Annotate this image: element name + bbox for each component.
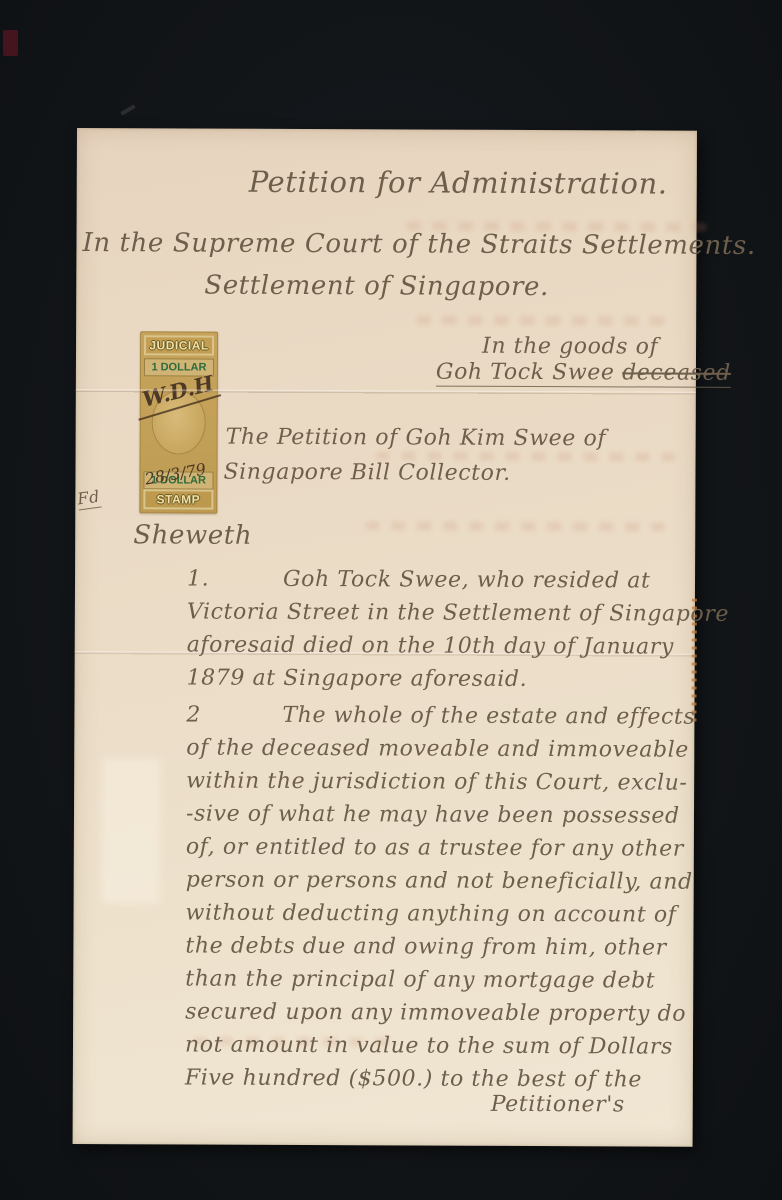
document-title: Petition for Administration. [249, 165, 668, 201]
deceased-word: deceased [622, 360, 731, 385]
ink-showthrough [416, 315, 676, 325]
red-edge-mark [3, 30, 18, 56]
clause-1-line-2: Victoria Street in the Settlement of Sin… [187, 595, 729, 630]
margin-filing-note: Fd [76, 487, 101, 511]
clause-1: 1.Goh Tock Swee, who resided at Victoria… [187, 562, 730, 696]
deceased-name: Goh Tock Swee [436, 360, 615, 386]
clause-2-text: The whole of the estate and effects [282, 703, 695, 730]
court-heading-line1: In the Supreme Court of the Straits Sett… [82, 228, 755, 261]
clause-1-line-4: 1879 at Singapore aforesaid. [187, 661, 729, 696]
clause-2-line-10: secured upon any immoveable property do [185, 995, 694, 1030]
clause-2-line-4: -sive of what he may have been possessed [186, 797, 695, 832]
clause-2-number: 2 [186, 698, 282, 731]
goods-of-line: In the goods of [482, 334, 658, 360]
sheweth-heading: Sheweth [133, 520, 252, 551]
clause-1-number: 1. [187, 562, 283, 595]
paper-discoloration-patch [102, 758, 161, 903]
clause-2-line-5: of, or entitled to as a trustee for any … [186, 830, 695, 865]
stamp-header-label: JUDICIAL [144, 335, 214, 355]
court-heading-line2: Settlement of Singapore. [204, 271, 549, 303]
ink-showthrough [365, 521, 665, 531]
petitioners-catchword: Petitioner's [491, 1092, 625, 1118]
stamp-footer-label: STAMP [143, 489, 213, 509]
clause-1-line-1: 1.Goh Tock Swee, who resided at [187, 562, 729, 597]
clause-2-line-3: within the jurisdiction of this Court, e… [186, 764, 695, 799]
petition-intro-line1: The Petition of Goh Kim Swee of [226, 425, 607, 452]
clause-2-line-8: the debts due and owing from him, other [185, 929, 694, 964]
clause-2-line-9: than the principal of any mortgage debt [185, 962, 694, 997]
clause-1-line-3: aforesaid died on the 10th day of Januar… [187, 628, 729, 663]
clause-1-text: Goh Tock Swee, who resided at [283, 567, 651, 594]
clause-2-line-1: 2The whole of the estate and effects [186, 698, 695, 733]
petition-intro-line2: Singapore Bill Collector. [223, 460, 510, 486]
clause-2-line-11: not amount in value to the sum of Dollar… [185, 1028, 694, 1063]
clause-2-line-2: of the deceased moveable and immoveable [186, 731, 695, 766]
clause-2-line-7: without deducting anything on account of [186, 896, 695, 931]
clause-2: 2The whole of the estate and effects of … [185, 698, 696, 1096]
clause-2-line-6: person or persons and not beneficially, … [186, 863, 695, 898]
petition-document-page: Petition for Administration. In the Supr… [73, 128, 697, 1147]
judicial-revenue-stamp: JUDICIAL 1 DOLLAR 1 DOLLAR STAMP W.D.H 2… [139, 331, 218, 513]
deceased-name-line: Goh Tock Swee deceased [436, 360, 731, 388]
